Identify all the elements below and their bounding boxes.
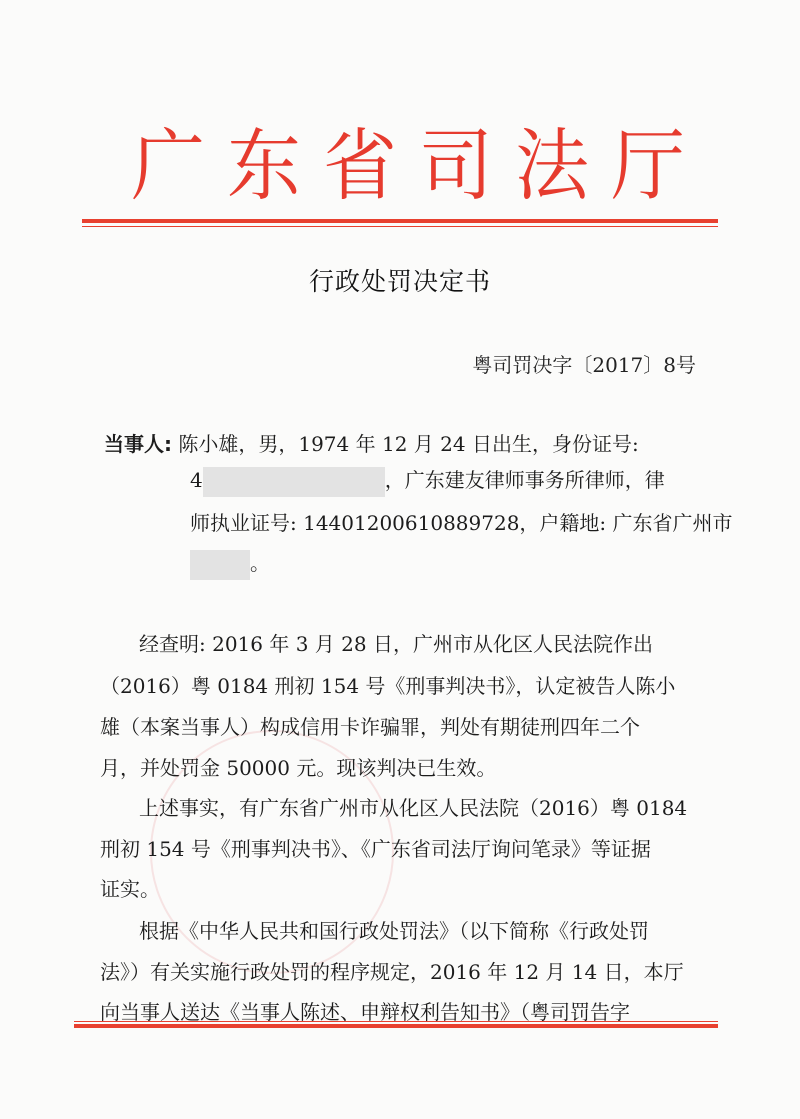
para1-line-3: 雄（本案当事人）构成信用卡诈骗罪，判处有期徒刑四年二个: [100, 713, 640, 741]
footer-rule-thick: [74, 1024, 718, 1028]
document-number: 粤司罚决字〔2017〕8号: [472, 349, 696, 378]
party-line-3: 师执业证号: 14401200610889728，户籍地: 广东省广州市: [190, 509, 733, 537]
letterhead-char: 省: [320, 116, 400, 217]
para3-line-1: 根据《中华人民共和国行政处罚法》（以下简称《行政处罚: [139, 917, 649, 945]
letterhead-rule-thick: [82, 219, 718, 223]
para1-line-2: （2016）粤 0184 刑初 154 号《刑事判决书》，认定被告人陈小: [100, 672, 675, 700]
para2-line-2: 刑初 154 号《刑事判决书》、《广东省司法厅询问笔录》等证据: [100, 835, 651, 863]
party-employer: ，广东建友律师事务所律师，律: [385, 468, 665, 492]
document-title: 行政处罚决定书: [0, 262, 800, 298]
party-details: 陈小雄，男，1974 年 12 月 24 日出生，身份证号:: [178, 432, 638, 456]
party-line-1: 当事人: 陈小雄，男，1974 年 12 月 24 日出生，身份证号:: [104, 430, 639, 458]
letterhead-char: 东: [224, 116, 304, 217]
party-label: 当事人:: [104, 432, 172, 456]
letterhead-title: 广 东 省 司 法 厅: [128, 118, 688, 214]
letterhead-char: 广: [128, 116, 208, 217]
para2-line-1: 上述事实，有广东省广州市从化区人民法院（2016）粤 0184: [139, 794, 687, 822]
redacted-id-number: [203, 467, 385, 497]
period: 。: [250, 551, 270, 575]
footer-rule-thin: [74, 1021, 718, 1022]
letterhead-char: 厅: [608, 116, 688, 217]
redacted-district: [190, 550, 250, 580]
para2-line-3: 证实。: [100, 875, 160, 903]
letterhead-rule-thin: [82, 226, 718, 227]
para3-line-2: 法》）有关实施行政处罚的程序规定，2016 年 12 月 14 日，本厅: [100, 958, 684, 986]
party-line-2: 4，广东建友律师事务所律师，律: [190, 466, 665, 497]
para1-line-4: 月，并处罚金 50000 元。现该判决已生效。: [100, 754, 496, 782]
party-line-4: 。: [190, 549, 270, 580]
letterhead-char: 法: [512, 116, 592, 217]
id-prefix: 4: [190, 468, 203, 492]
letterhead-char: 司: [416, 116, 496, 217]
para1-line-1: 经查明: 2016 年 3 月 28 日，广州市从化区人民法院作出: [139, 630, 653, 658]
